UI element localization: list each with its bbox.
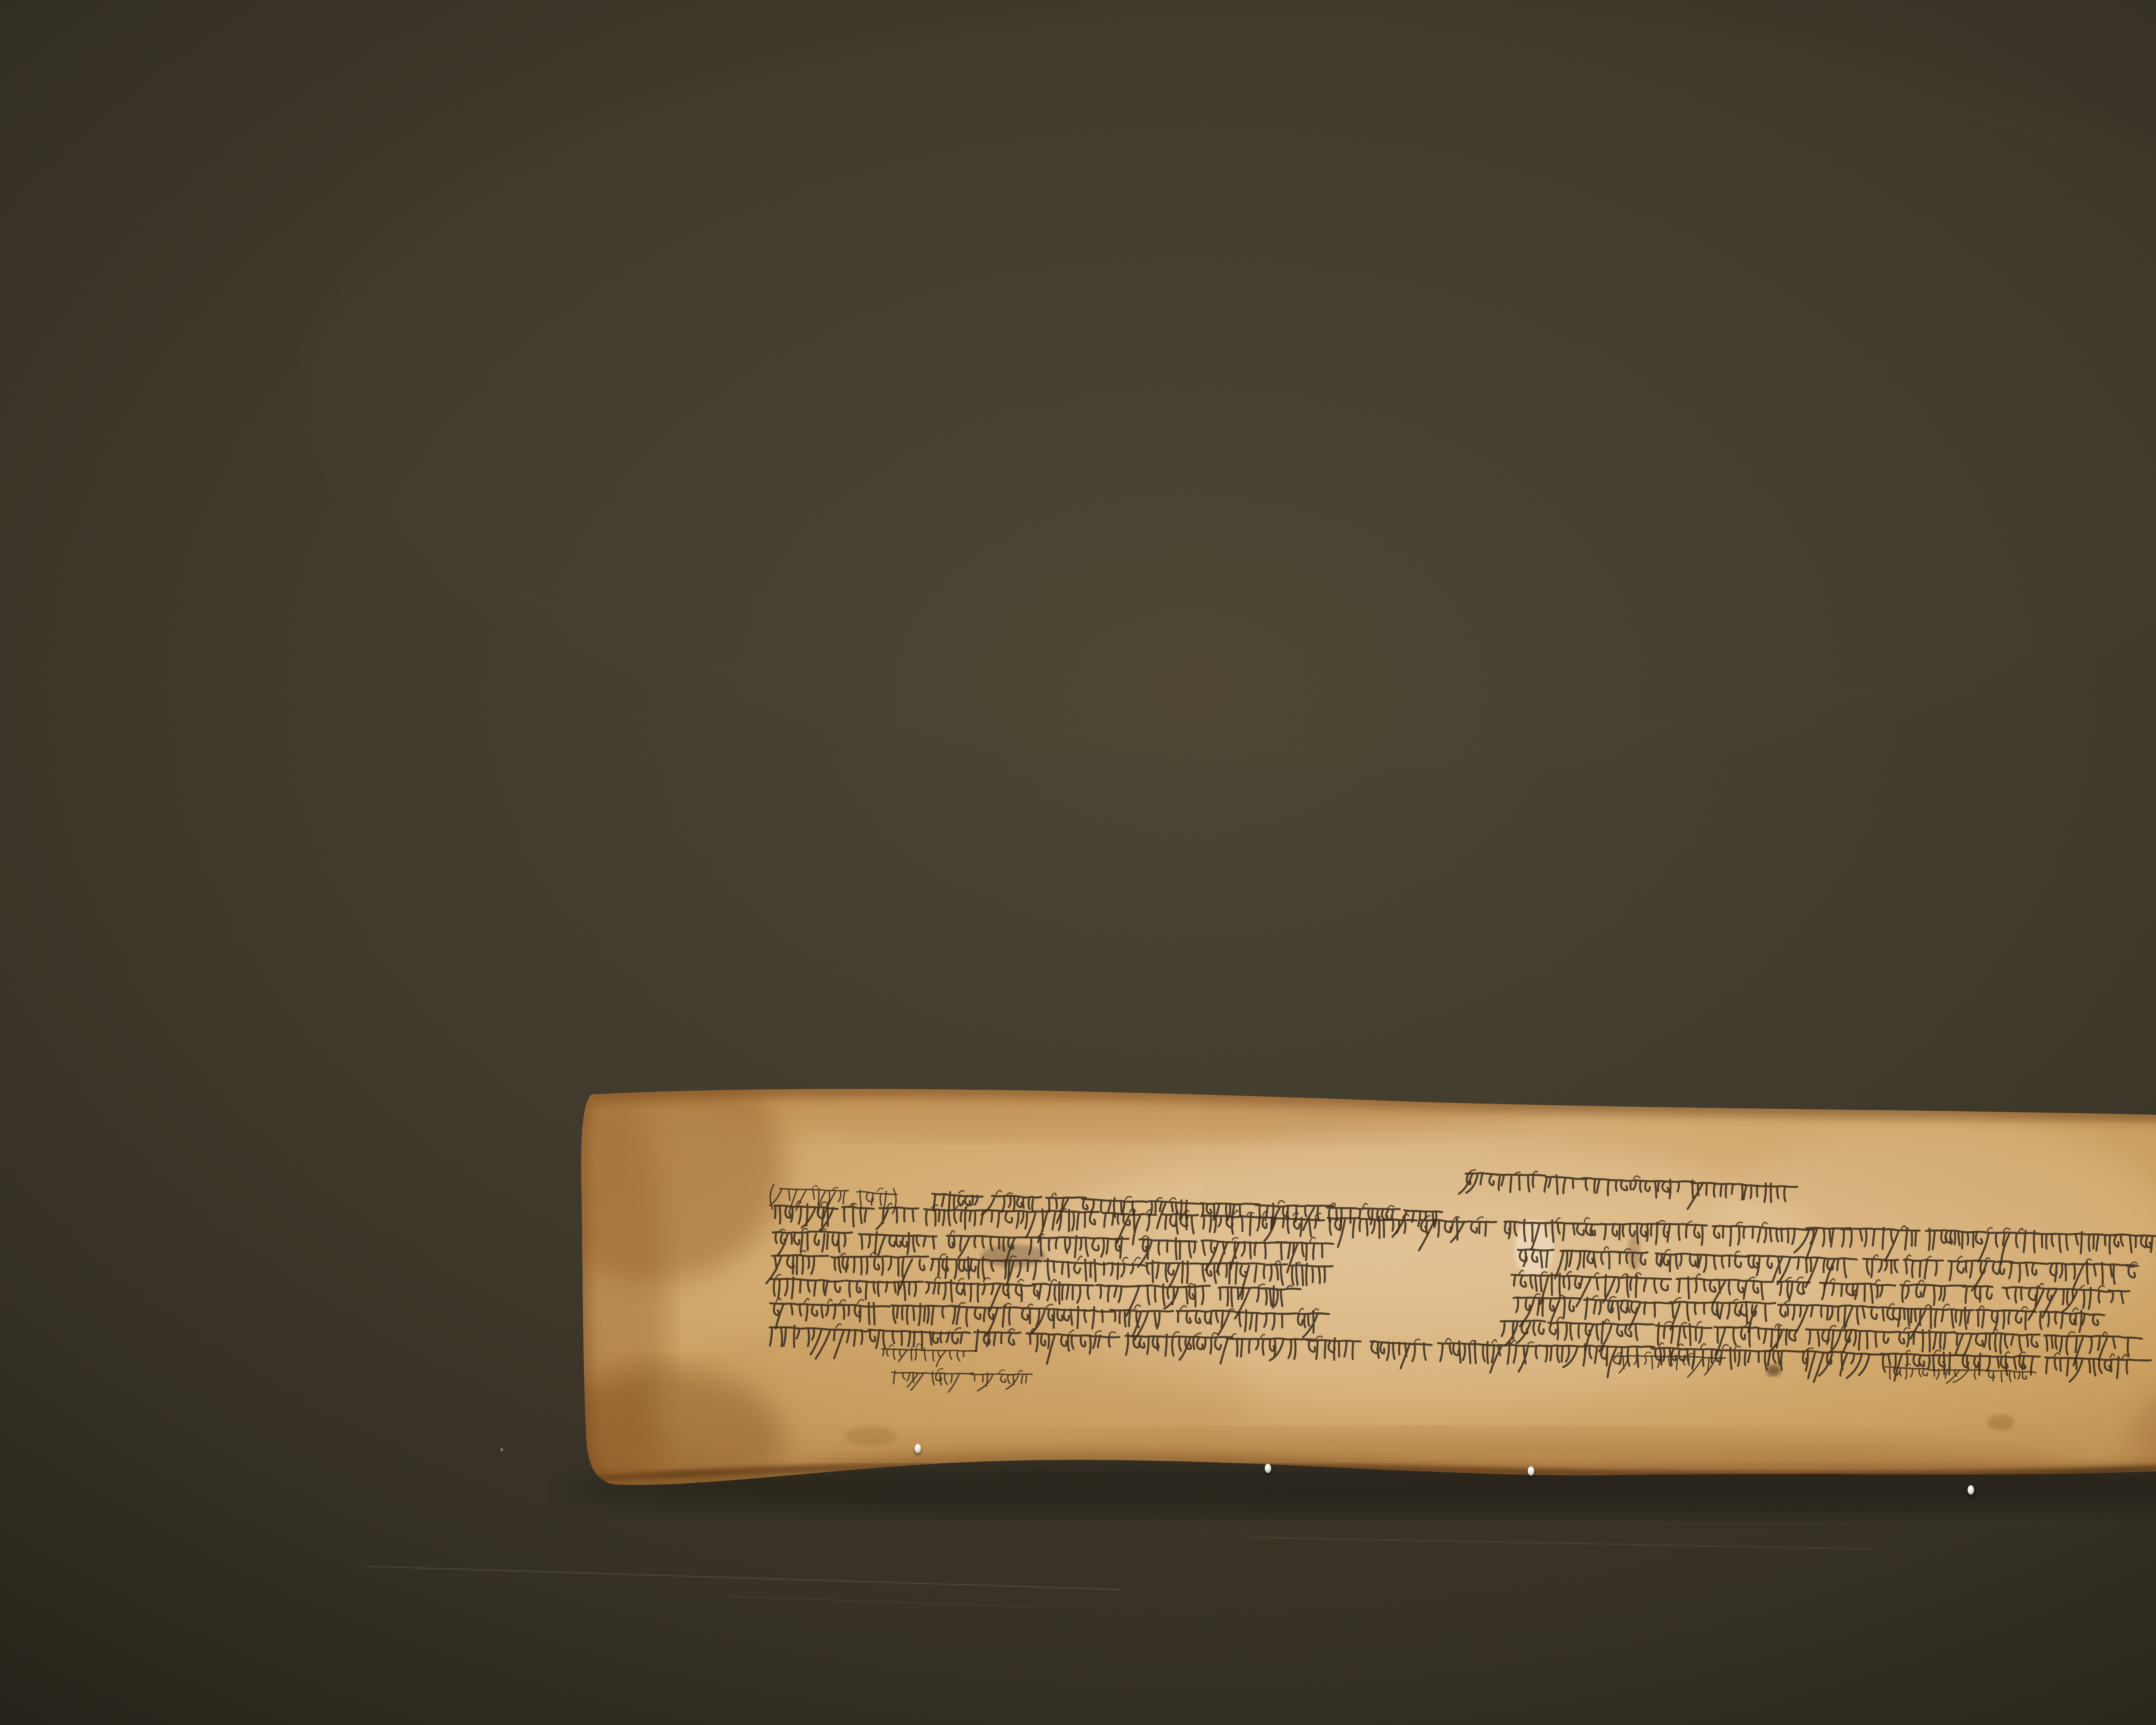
colophon-right: পাকমুক্তেশান্ত্র ।৩। <box>1876 1355 2045 1394</box>
pin-4 <box>1968 1485 1974 1495</box>
pin-1 <box>915 1444 921 1453</box>
pin-2 <box>1265 1464 1271 1473</box>
manuscript-photo: । মক্তায়িখ্যাঃ ।চবনস্থ্যামীযলিষাষ্ঠখ্যা… <box>0 0 2156 1725</box>
colophon-center: চবনন্দগৃহ <box>1603 1344 1735 1381</box>
folio-number-2-transcription: ২৭ <box>2149 1438 2150 1439</box>
colophon-left-small-transcription: বাং বঙন <box>873 1369 873 1369</box>
colophon-left: বঞ্জনাশাস্তকে ।২। <box>883 1360 1045 1398</box>
script-layer: । মক্তায়িখ্যাঃ ।চবনস্থ্যামীযলিষাষ্ঠখ্যা… <box>0 0 2156 1725</box>
folio-number-2: ২৭ <box>2149 1383 2156 1438</box>
text-line-6-transcription: হ্যগ—। দ্বিণিথগৌ দ্বিকুচগঠং প্রয়ভৃতিং ক… <box>760 1363 761 1363</box>
folio-number-1: ২৭ <box>2152 1270 2156 1326</box>
pin-3 <box>1528 1466 1534 1476</box>
colophon-left-transcription: বঞ্জনাশাস্তকে ।২। <box>883 1394 883 1394</box>
dust-speck <box>500 1448 503 1451</box>
